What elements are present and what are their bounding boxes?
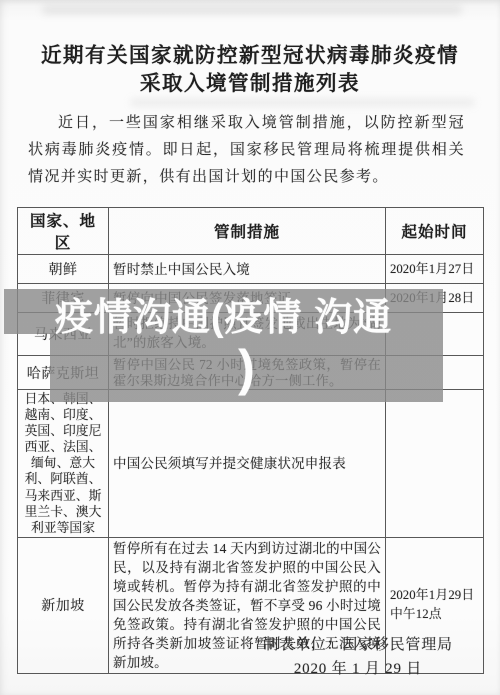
measure-cell: 暂时拒绝持中国护照且签发地或出生地为“湖北”的旅客入境。	[109, 313, 386, 356]
country-cell: 菲律宾	[18, 284, 109, 313]
measure-cell: 中国公民须填写并提交健康状况申报表	[109, 390, 386, 538]
header-control-measure: 管制措施	[109, 208, 386, 255]
measure-cell: 暂停向中国公民签发落地签证	[109, 284, 386, 313]
start-date-cell	[386, 390, 484, 538]
header-start-time: 起始时间	[386, 208, 484, 255]
start-date-cell	[386, 313, 484, 356]
measure-cell: 暂时禁止中国公民入境	[109, 255, 386, 284]
country-cell: 朝鲜	[18, 255, 109, 284]
table-row: 哈萨克斯坦 暂停中国公民 72 小时过境免签政策，暂停在霍尔果斯边境合作中心哈方…	[18, 356, 484, 390]
measures-table: 国家、地区 管制措施 起始时间 朝鲜 暂时禁止中国公民入境 2020 年 1 月…	[17, 207, 484, 674]
start-date-cell	[386, 356, 484, 390]
footer-date: 2020 年 1 月 29 日	[230, 657, 486, 681]
table-row: 马来西亚 暂时拒绝持中国护照且签发地或出生地为“湖北”的旅客入境。	[18, 313, 484, 356]
country-cell: 马来西亚	[18, 313, 109, 356]
table-row: 日本、韩国、越南、印度、英国、印度尼西亚、法国、缅甸、意大利、阿联酋、马来西亚、…	[18, 390, 484, 538]
scan-artifact-mid	[130, 99, 475, 106]
header-country-region: 国家、地区	[18, 208, 109, 255]
table-header-row: 国家、地区 管制措施 起始时间	[18, 208, 484, 255]
country-cell: 日本、韩国、越南、印度、英国、印度尼西亚、法国、缅甸、意大利、阿联酋、马来西亚、…	[18, 390, 109, 538]
page-title-line2: 采取入境管制措施列表	[0, 70, 500, 98]
country-cell: 哈萨克斯坦	[18, 356, 109, 390]
document-page: 近期有关国家就防控新型冠状病毒肺炎疫情 采取入境管制措施列表 近日，一些国家相继…	[0, 0, 500, 695]
footer-issuing-unit: 制表单位：国家移民管理局	[230, 633, 486, 657]
country-cell: 新加坡	[18, 537, 109, 673]
footer: 制表单位：国家移民管理局 2020 年 1 月 29 日	[230, 633, 486, 681]
intro-paragraph: 近日，一些国家相继采取入境管制措施，以防控新型冠状病毒肺炎疫情。即日起，国家移民…	[28, 110, 465, 191]
start-date-cell: 2020 年 1 月 27 日	[386, 255, 484, 284]
scan-artifact-top	[42, 6, 462, 14]
page-title: 近期有关国家就防控新型冠状病毒肺炎疫情 采取入境管制措施列表	[0, 42, 500, 98]
measure-cell: 暂停中国公民 72 小时过境免签政策，暂停在霍尔果斯边境合作中心哈方一侧工作。	[109, 356, 386, 390]
start-date-cell: 2020 年 1 月 28 日	[386, 284, 484, 313]
table-row: 菲律宾 暂停向中国公民签发落地签证 2020 年 1 月 28 日	[18, 284, 484, 313]
page-title-line1: 近期有关国家就防控新型冠状病毒肺炎疫情	[0, 42, 500, 70]
table-row: 朝鲜 暂时禁止中国公民入境 2020 年 1 月 27 日	[18, 255, 484, 284]
